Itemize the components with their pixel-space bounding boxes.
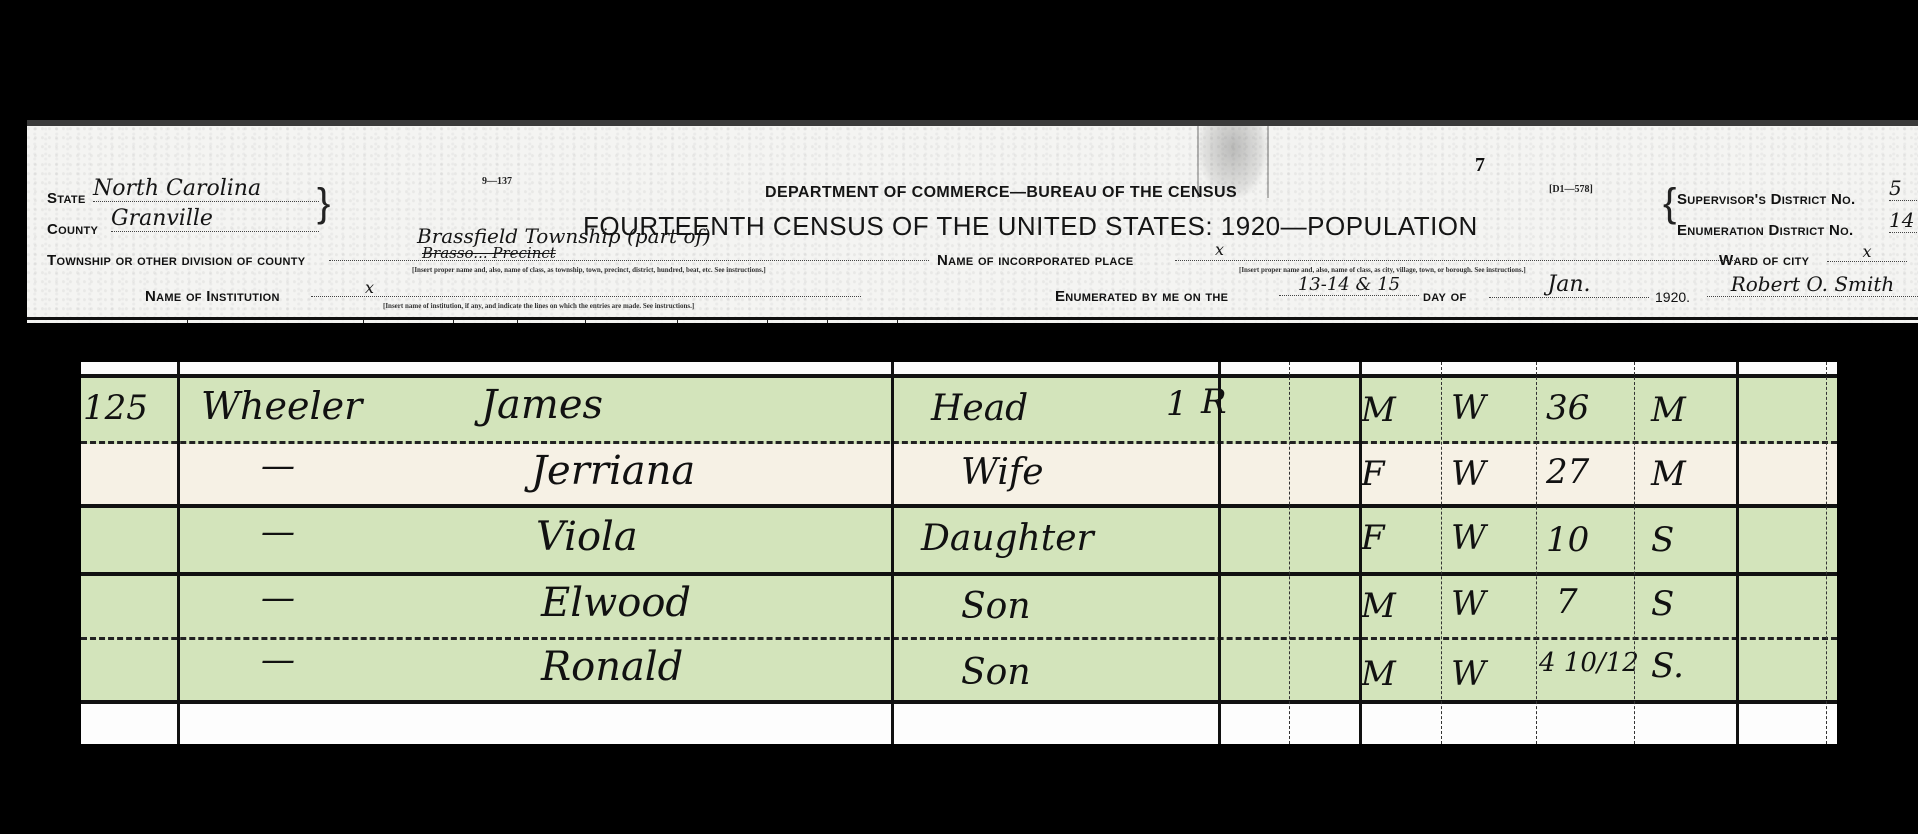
supervisor-label: Supervisor's District No.: [1677, 191, 1856, 208]
enumeration-value: 14: [1889, 208, 1918, 233]
supervisor-value: 5: [1889, 176, 1918, 201]
table-row: — Viola Daughter F W 10 S: [81, 508, 1837, 576]
institution-value: x: [365, 278, 374, 297]
sex: F: [1361, 454, 1385, 494]
sex: M: [1361, 390, 1396, 430]
surname: —: [261, 640, 295, 680]
column-divider: [1289, 362, 1290, 744]
given-name: Viola: [536, 514, 638, 560]
given-name: Jerriana: [531, 448, 695, 494]
relationship: Wife: [961, 452, 1044, 493]
district-brace: {: [1663, 181, 1676, 226]
race: W: [1451, 388, 1486, 428]
table-row: 125 Wheeler James Head 1 R M W 36 M: [81, 378, 1837, 444]
incorporated-value: x: [1215, 240, 1224, 259]
table-row: — Jerriana Wife F W 27 M: [81, 444, 1837, 508]
column-divider: [1826, 362, 1827, 744]
age: 10: [1546, 520, 1589, 560]
incorporated-label: Name of incorporated place: [937, 252, 1134, 269]
township-dotted-line: [329, 260, 929, 261]
ward-label: Ward of city: [1719, 252, 1809, 269]
tenure: R: [1201, 382, 1227, 422]
age: 36: [1546, 388, 1589, 428]
institution-instruction: [Insert name of institution, if any, and…: [383, 302, 694, 310]
column-divider: [891, 362, 894, 744]
surname: —: [261, 578, 295, 618]
surname: —: [261, 512, 295, 552]
sex: F: [1361, 518, 1385, 558]
census-form-header: 9—137 7 DEPARTMENT OF COMMERCE—BUREAU OF…: [27, 120, 1918, 323]
marital-status: S.: [1651, 646, 1684, 686]
form-code: [D1—578]: [1549, 184, 1593, 195]
county-label: County: [47, 221, 98, 238]
given-name: Ronald: [541, 644, 683, 690]
institution-label: Name of Institution: [145, 288, 280, 305]
township-instruction: [Insert proper name and, also, name of c…: [412, 266, 766, 274]
table-row: — Ronald Son M W 4 10/12 S.: [81, 640, 1837, 704]
column-divider: [1218, 362, 1221, 744]
day-of-label: day of: [1423, 288, 1466, 305]
enumeration-label: Enumeration District No.: [1677, 222, 1853, 239]
column-header-rule: [27, 317, 1918, 323]
race: W: [1451, 584, 1486, 624]
age: 7: [1556, 582, 1578, 622]
form-number: 9—137: [482, 176, 512, 187]
column-divider: [1536, 362, 1537, 744]
year-value: 1920.: [1655, 289, 1690, 305]
sex: M: [1361, 654, 1396, 694]
surname: —: [261, 446, 295, 486]
month-value: Jan.: [1489, 272, 1649, 298]
home-owned: 1: [1166, 384, 1188, 424]
surname: Wheeler: [201, 384, 362, 428]
race: W: [1451, 518, 1486, 558]
marital-status: S: [1651, 584, 1674, 624]
township-label: Township or other division of county: [47, 252, 305, 269]
ward-value: x: [1827, 242, 1907, 262]
table-header-stub: [81, 362, 1837, 378]
incorporated-instruction: [Insert proper name and, also, name of c…: [1239, 266, 1526, 274]
marital-status: M: [1651, 454, 1686, 494]
relationship: Daughter: [921, 518, 1094, 559]
column-divider: [1359, 362, 1362, 744]
family-number: 125: [83, 388, 148, 428]
table-row-partial: [81, 704, 1837, 744]
table-row: — Elwood Son M W 7 S: [81, 576, 1837, 640]
column-divider: [1634, 362, 1635, 744]
marital-status: S: [1651, 520, 1674, 560]
department-heading: DEPARTMENT OF COMMERCE—BUREAU OF THE CEN…: [765, 184, 1237, 202]
relationship: Son: [961, 652, 1031, 693]
column-divider: [1736, 362, 1739, 744]
relationship: Head: [931, 388, 1028, 429]
relationship: Son: [961, 586, 1031, 627]
enumerated-label: Enumerated by me on the: [1055, 288, 1228, 305]
state-value: North Carolina: [93, 176, 319, 202]
incorporated-dotted-line: [1175, 260, 1735, 261]
race: W: [1451, 654, 1486, 694]
enumerator-signature: Robert O. Smith: [1707, 272, 1918, 297]
brace-mark: }: [317, 181, 330, 226]
given-name: Elwood: [541, 580, 691, 626]
marital-status: M: [1651, 390, 1686, 430]
page-number: 7: [1475, 154, 1485, 177]
census-title: FOURTEENTH CENSUS OF THE UNITED STATES: …: [583, 211, 1478, 242]
county-value: Granville: [111, 206, 319, 232]
age: 4 10/12: [1539, 648, 1639, 678]
enumerated-days: 13-14 & 15: [1279, 274, 1419, 296]
column-divider: [1441, 362, 1442, 744]
census-entries-table: 125 Wheeler James Head 1 R M W 36 M — Je…: [81, 362, 1837, 744]
race: W: [1451, 454, 1486, 494]
institution-dotted-line: [311, 296, 861, 297]
state-label: State: [47, 190, 86, 207]
given-name: James: [481, 382, 603, 428]
sex: M: [1361, 586, 1396, 626]
age: 27: [1546, 452, 1589, 492]
column-divider: [177, 362, 180, 744]
